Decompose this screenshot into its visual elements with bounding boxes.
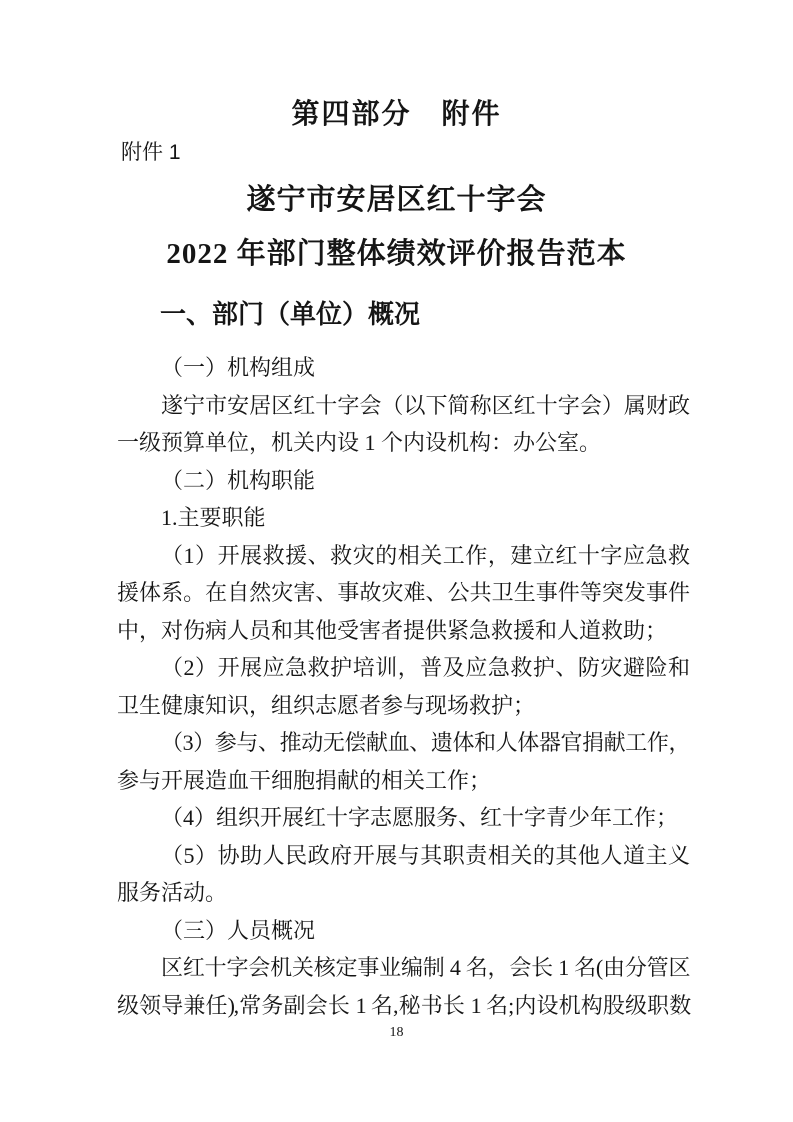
text-line: 区红十字会机关核定事业编制 4 名，会长 1 名(由分管区 — [117, 949, 690, 987]
page-number: 18 — [0, 1024, 793, 1042]
text-line: （5）协助人民政府开展与其职责相关的其他人道主义 — [117, 837, 690, 875]
text-line: （1）开展救援、救灾的相关工作，建立红十字应急救 — [117, 537, 690, 575]
document-title-line1: 遂宁市安居区红十字会 — [0, 180, 793, 220]
body-text-block: （一）机构组成 遂宁市安居区红十字会（以下简称区红十字会）属财政 一级预算单位，… — [117, 349, 690, 1024]
text-line: 1.主要职能 — [117, 499, 690, 537]
text-line: 援体系。在自然灾害、事故灾难、公共卫生事件等突发事件 — [117, 574, 690, 612]
text-line: 一级预算单位，机关内设 1 个内设机构：办公室。 — [117, 424, 690, 462]
text-line: （3）参与、推动无偿献血、遗体和人体器官捐献工作， — [117, 724, 690, 762]
subsection-heading: （三）人员概况 — [117, 912, 690, 950]
text-line: 服务活动。 — [117, 874, 690, 912]
text-line: 级领导兼任),常务副会长 1 名,秘书长 1 名;内设机构股级职数 — [117, 987, 690, 1025]
text-line: 遂宁市安居区红十字会（以下简称区红十字会）属财政 — [117, 387, 690, 425]
text-line: 卫生健康知识，组织志愿者参与现场救护； — [117, 687, 690, 725]
part-heading: 第四部分 附件 — [0, 95, 793, 133]
subsection-heading: （二）机构职能 — [117, 462, 690, 500]
document-page: 第四部分 附件 附件 1 遂宁市安居区红十字会 2022 年部门整体绩效评价报告… — [0, 0, 793, 1122]
section-heading: 一、部门（单位）概况 — [160, 297, 420, 331]
document-title-line2: 2022 年部门整体绩效评价报告范本 — [0, 234, 793, 274]
text-line: 中，对伤病人员和其他受害者提供紧急救援和人道救助； — [117, 612, 690, 650]
attachment-label: 附件 1 — [121, 139, 181, 167]
text-line: （2）开展应急救护培训，普及应急救护、防灾避险和 — [117, 649, 690, 687]
text-line: 参与开展造血干细胞捐献的相关工作； — [117, 762, 690, 800]
subsection-heading: （一）机构组成 — [117, 349, 690, 387]
text-line: （4）组织开展红十字志愿服务、红十字青少年工作； — [117, 799, 690, 837]
